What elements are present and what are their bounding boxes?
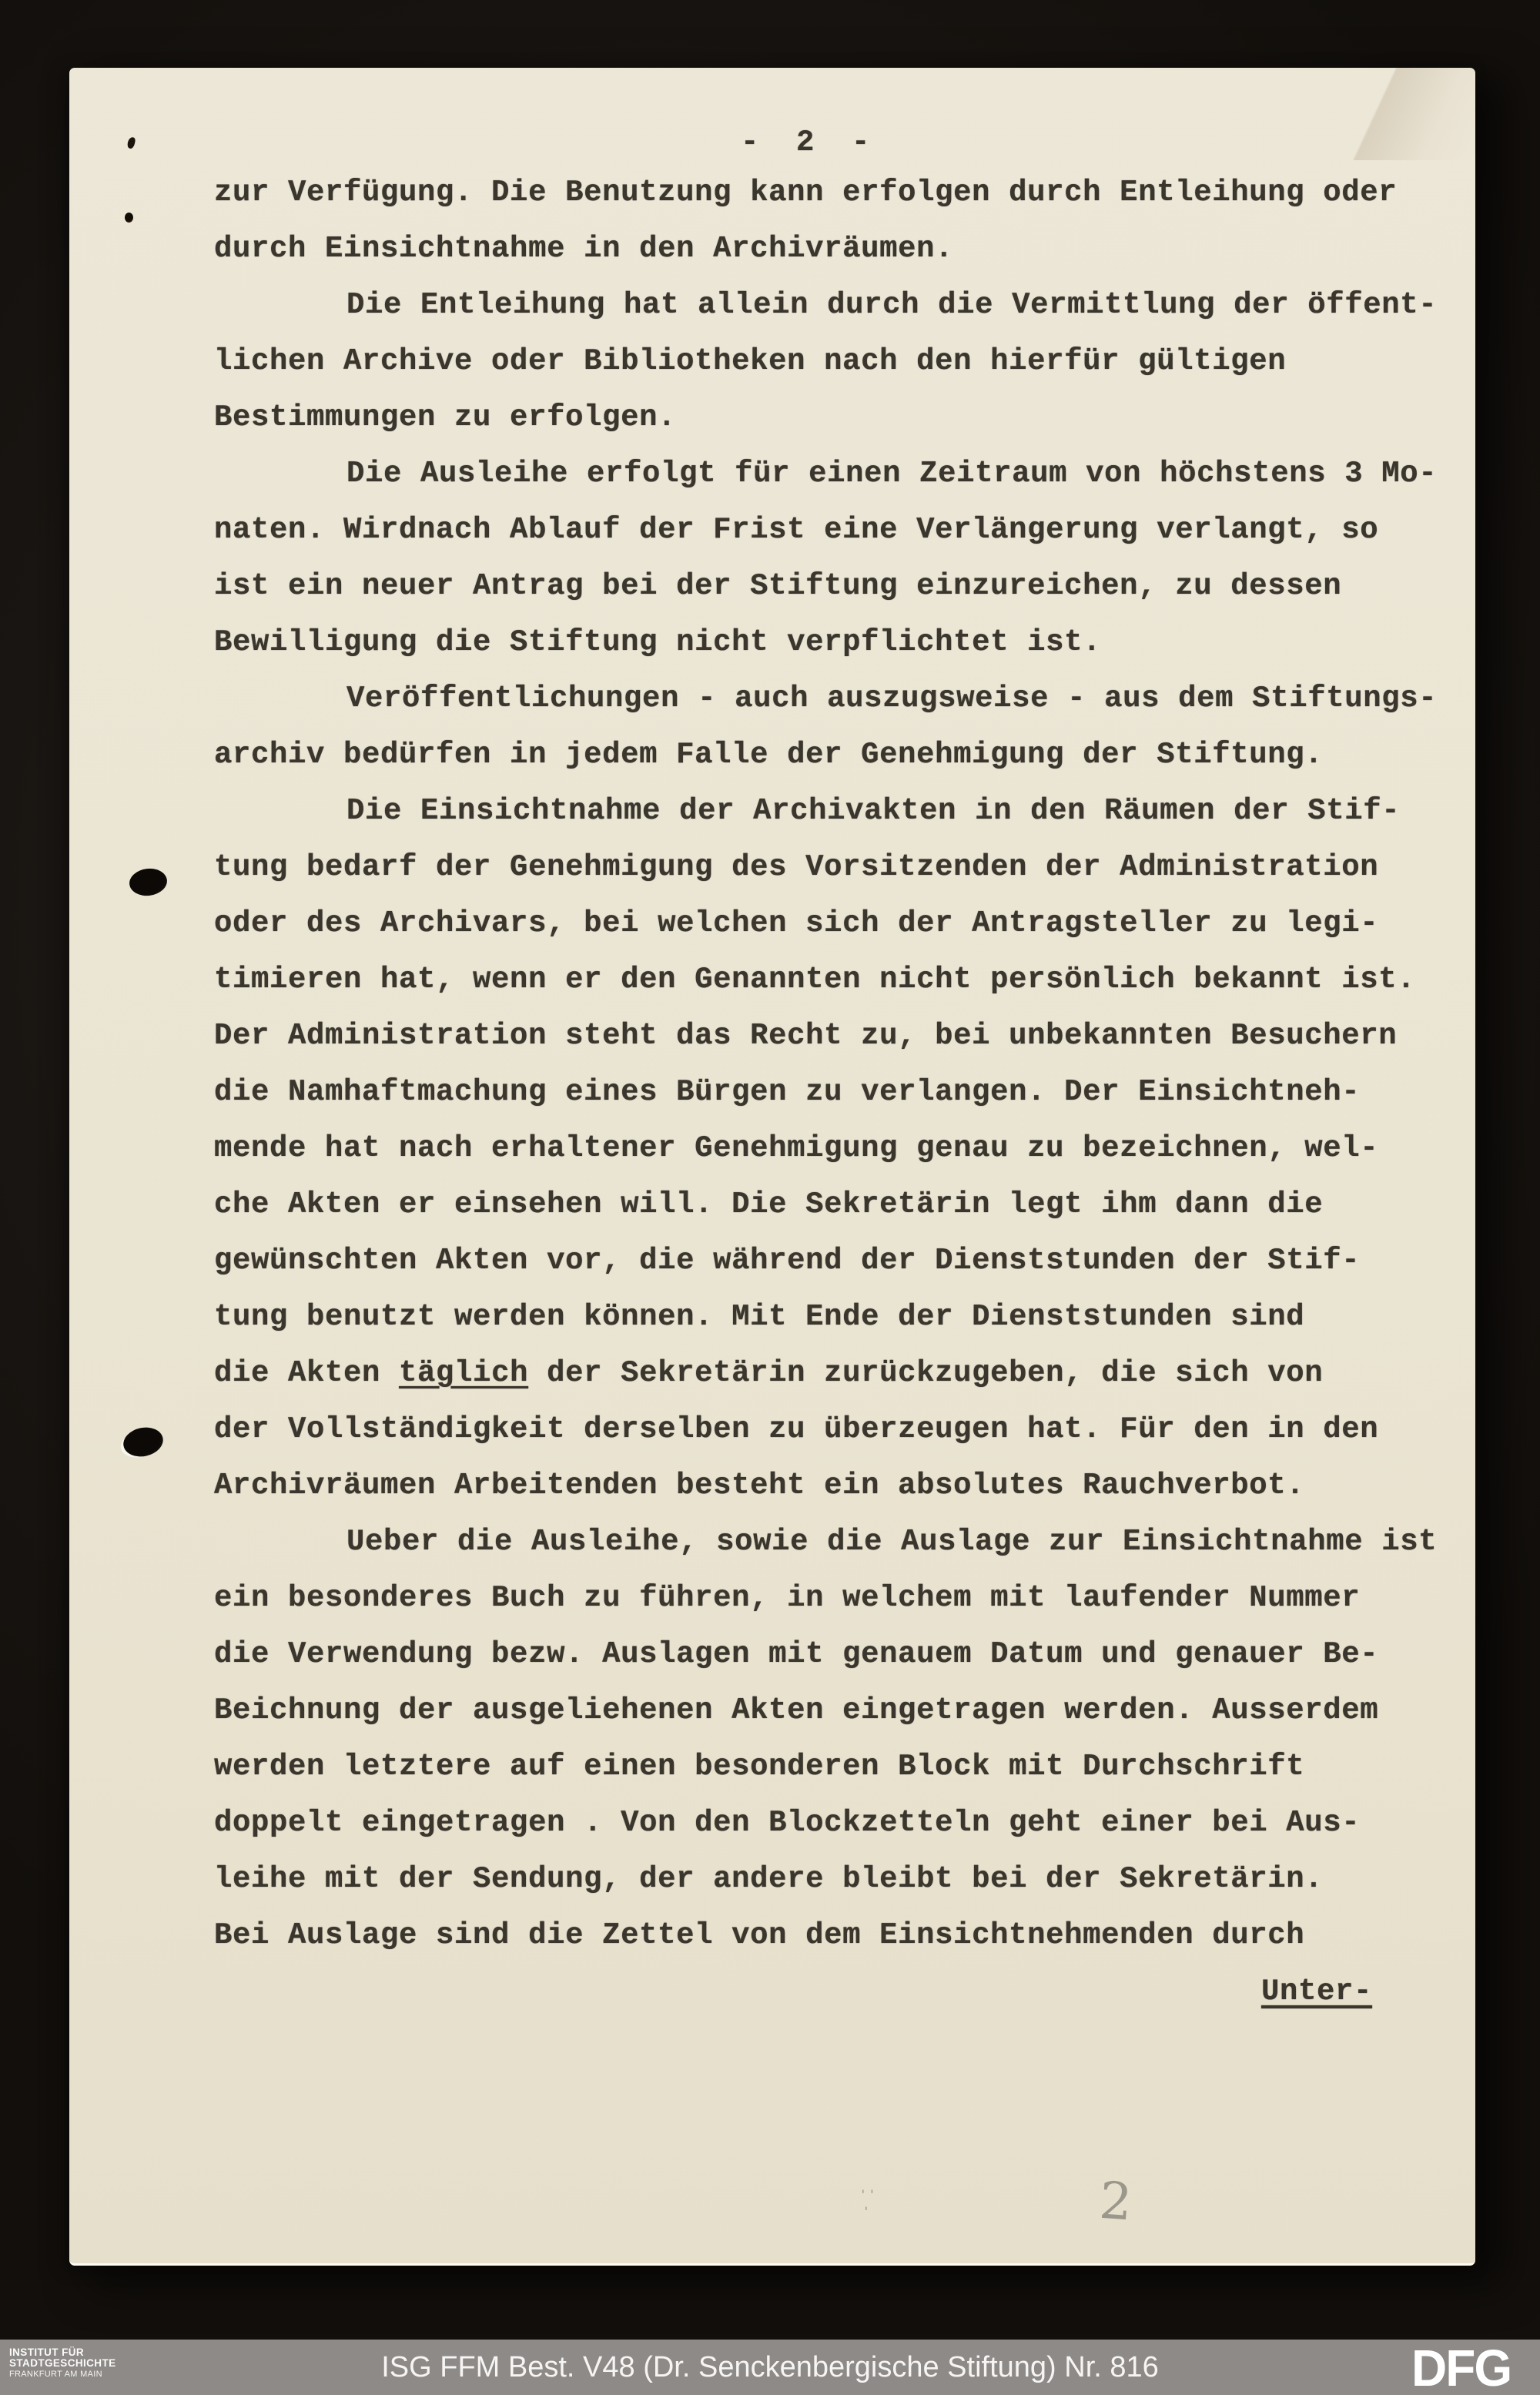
- document-line: gewünschten Akten vor, die während der D…: [214, 1233, 1446, 1289]
- document-line: che Akten er einsehen will. Die Sekretär…: [214, 1177, 1446, 1233]
- footer-bar: INSTITUT FÜR STADTGESCHICHTE FRANKFURT A…: [0, 2340, 1540, 2395]
- catchword: Unter-: [1261, 1975, 1372, 2008]
- document-line: ein besonderes Buch zu führen, in welche…: [214, 1570, 1446, 1626]
- document-line: tung benutzt werden können. Mit Ende der…: [214, 1289, 1446, 1345]
- archive-logo-line1: INSTITUT FÜR: [9, 2347, 116, 2358]
- document-line: Ueber die Ausleihe, sowie die Auslage zu…: [214, 1514, 1446, 1570]
- underlined-word: täglich: [399, 1356, 528, 1390]
- document-line: leihe mit der Sendung, der andere bleibt…: [214, 1851, 1446, 1908]
- pencil-annotation: 2: [1097, 2171, 1133, 2233]
- pencil-smudge: ': [862, 2204, 872, 2219]
- punch-hole-bottom: [121, 1424, 166, 1460]
- pencil-smudge: '': [859, 2187, 877, 2202]
- document-line: Die Ausleihe erfolgt für einen Zeitraum …: [214, 446, 1446, 502]
- dfg-logo: DFG: [1411, 2339, 1511, 2395]
- punch-hole-top: [128, 866, 169, 898]
- document-line: oder des Archivars, bei welchen sich der…: [214, 896, 1446, 952]
- document-line: Der Administration steht das Recht zu, b…: [214, 1008, 1446, 1064]
- archive-logo-line2: STADTGESCHICHTE: [9, 2358, 116, 2369]
- document-line: archiv bedürfen in jedem Falle der Geneh…: [214, 727, 1446, 783]
- archive-logo-line3: FRANKFURT AM MAIN: [9, 2369, 116, 2380]
- document-line: doppelt eingetragen . Von den Blockzette…: [214, 1795, 1446, 1851]
- document-line: tung bedarf der Genehmigung des Vorsitze…: [214, 839, 1446, 896]
- document-line: ist ein neuer Antrag bei der Stiftung ei…: [214, 558, 1446, 615]
- pinhole-mark: [126, 136, 136, 149]
- document-line: timieren hat, wenn er den Genannten nich…: [214, 952, 1446, 1008]
- document-line: Bei Auslage sind die Zettel von dem Eins…: [214, 1908, 1446, 1964]
- pinhole-mark: [125, 213, 133, 223]
- document-page: - 2 - zur Verfügung. Die Benutzung kann …: [69, 68, 1475, 2266]
- document-line: die Verwendung bezw. Auslagen mit genaue…: [214, 1626, 1446, 1683]
- document-text-block: zur Verfügung. Die Benutzung kann erfolg…: [214, 165, 1446, 1964]
- document-line: durch Einsichtnahme in den Archivräumen.: [214, 221, 1446, 277]
- document-line: zur Verfügung. Die Benutzung kann erfolg…: [214, 165, 1446, 221]
- document-line: Veröffentlichungen - auch auszugsweise -…: [214, 671, 1446, 727]
- paper-crease: [1244, 68, 1475, 160]
- archive-reference-label: ISG FFM Best. V48 (Dr. Senckenbergische …: [381, 2340, 1159, 2395]
- document-line: mende hat nach erhaltener Genehmigung ge…: [214, 1120, 1446, 1177]
- document-line: werden letztere auf einen besonderen Blo…: [214, 1739, 1446, 1795]
- document-line: Die Einsichtnahme der Archivakten in den…: [214, 783, 1446, 839]
- archive-logo: INSTITUT FÜR STADTGESCHICHTE FRANKFURT A…: [9, 2347, 116, 2380]
- document-line: Bestimmungen zu erfolgen.: [214, 390, 1446, 446]
- document-line: Beichnung der ausgeliehenen Akten einget…: [214, 1683, 1446, 1739]
- document-line: Bewilligung die Stiftung nicht verpflich…: [214, 615, 1446, 671]
- document-line: die Akten täglich der Sekretärin zurückz…: [214, 1345, 1446, 1402]
- scan-viewer-background: - 2 - zur Verfügung. Die Benutzung kann …: [0, 0, 1540, 2395]
- document-line: Die Entleihung hat allein durch die Verm…: [214, 277, 1446, 333]
- document-line: die Namhaftmachung eines Bürgen zu verla…: [214, 1064, 1446, 1120]
- document-line: Archivräumen Arbeitenden besteht ein abs…: [214, 1458, 1446, 1514]
- document-line: naten. Wirdnach Ablauf der Frist eine Ve…: [214, 502, 1446, 558]
- document-line: der Vollständigkeit derselben zu überzeu…: [214, 1402, 1446, 1458]
- page-number: - 2 -: [741, 126, 870, 159]
- document-line: lichen Archive oder Bibliotheken nach de…: [214, 333, 1446, 390]
